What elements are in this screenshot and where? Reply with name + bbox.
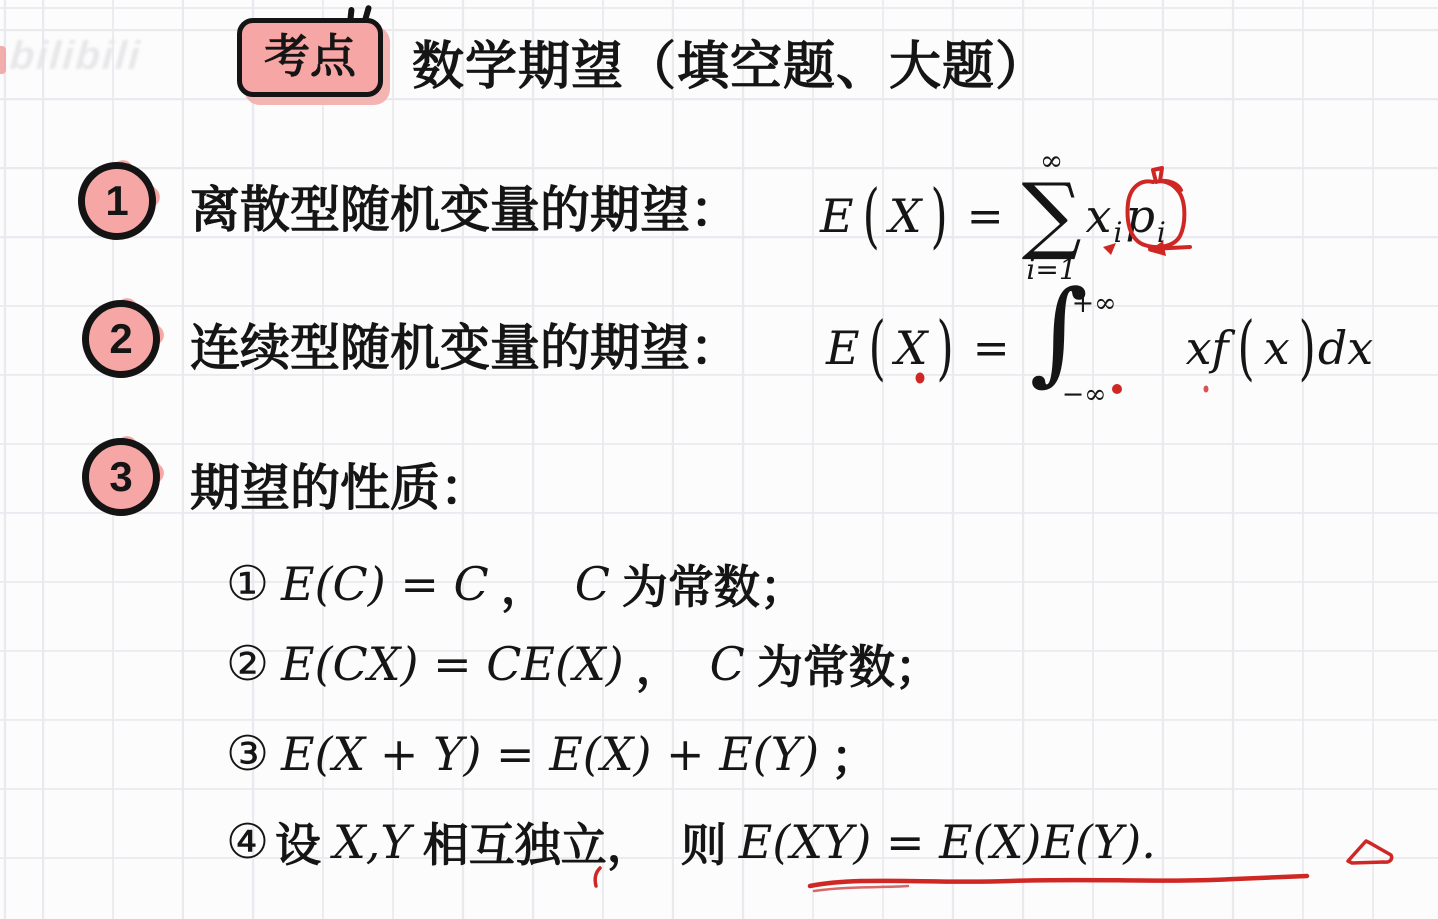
property-4-marker: ④ bbox=[226, 814, 269, 870]
math-paren: ( bbox=[863, 175, 880, 257]
property-4-text: 设 bbox=[275, 809, 321, 875]
section-1-number: 1 bbox=[78, 162, 156, 240]
math-subscript: i bbox=[1113, 216, 1122, 249]
integral-lower-limit: −∞ bbox=[1062, 379, 1107, 410]
lecture-slide: bilibili 考点 数学期望（填空题、大题） 1 离散型随机变量的期望： E… bbox=[0, 0, 1438, 919]
keypoint-badge-label: 考点 bbox=[264, 30, 356, 82]
math-paren: ( bbox=[869, 307, 886, 389]
math-token: xf bbox=[1186, 321, 1229, 375]
section-3-number: 3 bbox=[82, 438, 160, 516]
page-title: 数学期望（填空题、大题） bbox=[412, 24, 1048, 99]
math-paren: ( bbox=[1238, 307, 1255, 389]
property-4-formula-underlined: E(XY) = E(X)E(Y). bbox=[739, 815, 1156, 869]
math-paren: ) bbox=[1299, 307, 1316, 389]
property-1-note: 为常数； bbox=[622, 551, 806, 617]
semicolon: ； bbox=[831, 721, 877, 787]
summation-operator: ∞ ∑ i=1 bbox=[1022, 147, 1082, 286]
badge-accent-mark bbox=[362, 5, 372, 23]
sigma-symbol: ∑ bbox=[1022, 175, 1082, 255]
math-paren: ) bbox=[931, 175, 948, 257]
equals-sign: = bbox=[967, 191, 1004, 242]
property-4-text: 相互独立， bbox=[423, 809, 653, 875]
math-token: E bbox=[820, 189, 854, 243]
red-underline-long bbox=[810, 876, 1307, 886]
integral-operator: ∫ +∞ −∞ bbox=[1028, 290, 1186, 406]
property-3-marker: ③ bbox=[226, 726, 269, 782]
math-token: E bbox=[826, 321, 860, 375]
formula-continuous-expectation: E ( X ) = ∫ +∞ −∞ xf ( x ) dx bbox=[826, 290, 1373, 406]
property-2-marker: ② bbox=[226, 636, 269, 692]
math-token-annotated: p bbox=[1125, 189, 1154, 243]
property-2: ② E(CX) = CE(X) ， C 为常数； bbox=[226, 631, 947, 697]
math-token: dx bbox=[1318, 321, 1373, 375]
comma: ， bbox=[501, 551, 547, 617]
circled-number-3: 3 bbox=[82, 438, 160, 516]
badge-accent-mark bbox=[347, 7, 354, 22]
property-2-note: 为常数； bbox=[757, 631, 941, 697]
math-token: X bbox=[895, 321, 928, 375]
math-subscript: i bbox=[1157, 216, 1166, 249]
math-paren: ) bbox=[937, 307, 954, 389]
math-token: X bbox=[889, 189, 922, 243]
property-3: ③ E(X + Y) = E(X) + E(Y) ； bbox=[226, 721, 883, 787]
math-token: x bbox=[1264, 321, 1290, 375]
section-3-label: 期望的性质： bbox=[190, 448, 490, 520]
section-2-label: 连续型随机变量的期望： bbox=[190, 308, 740, 380]
integral-upper-limit: +∞ bbox=[1072, 288, 1117, 319]
left-edge-mark bbox=[0, 46, 6, 74]
property-4-text: 则 bbox=[681, 809, 727, 875]
circled-number-2: 2 bbox=[82, 300, 160, 378]
equals-sign: = bbox=[973, 323, 1010, 374]
keypoint-badge: 考点 bbox=[237, 18, 383, 97]
section-2-number: 2 bbox=[82, 300, 160, 378]
comma: ， bbox=[636, 631, 682, 697]
math-token: C bbox=[710, 637, 745, 691]
property-2-formula: E(CX) = CE(X) bbox=[281, 637, 624, 691]
section-1-label: 离散型随机变量的期望： bbox=[190, 170, 740, 242]
red-triangle bbox=[1348, 841, 1392, 863]
property-4: ④ 设 X,Y 相互独立， 则 E(XY) = E(X)E(Y). bbox=[226, 809, 1162, 875]
math-token: x bbox=[1086, 189, 1112, 243]
math-token: X,Y bbox=[333, 815, 411, 869]
circled-number-1: 1 bbox=[78, 162, 156, 240]
math-token: C bbox=[575, 557, 610, 611]
property-3-formula: E(X + Y) = E(X) + E(Y) bbox=[281, 727, 819, 781]
bilibili-watermark: bilibili bbox=[8, 34, 143, 79]
red-underline-echo bbox=[814, 886, 908, 891]
property-1-marker: ① bbox=[226, 556, 269, 612]
property-1-formula: E(C) = C bbox=[281, 557, 489, 611]
property-1: ① E(C) = C ， C 为常数； bbox=[226, 551, 812, 617]
formula-discrete-expectation: E ( X ) = ∞ ∑ i=1 x i p i bbox=[820, 146, 1169, 286]
